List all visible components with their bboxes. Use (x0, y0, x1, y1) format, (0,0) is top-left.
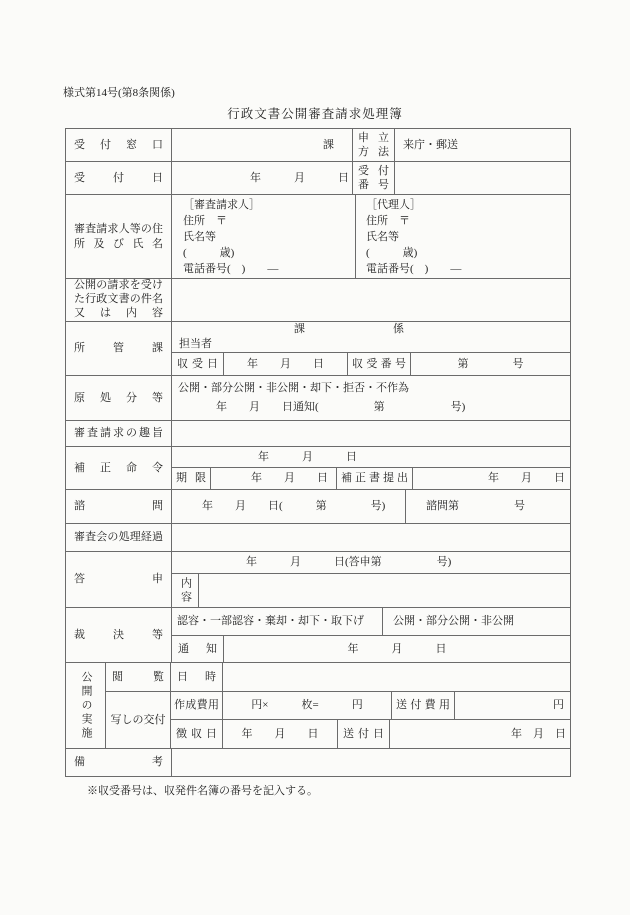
copy-issue-label: 写しの交付 (106, 713, 170, 727)
reception-date-placeholder: 年 月 日 (172, 171, 352, 185)
row-request-purport: 審査請求の趣旨 (66, 421, 570, 447)
collection-date-value-cell: 年 月 日 (223, 720, 338, 748)
deadline-date: 年 月 日 (211, 471, 336, 485)
cost-label: 作成費用 (174, 698, 219, 712)
report-date: 年 月 日(答申第 号) (172, 555, 570, 569)
deadline-date-cell: 年 月 日 (211, 468, 337, 489)
remarks-value-cell (172, 749, 570, 776)
notice-label: 通知 (178, 642, 217, 656)
inspection-label: 閲覧 (112, 670, 164, 684)
report-content-label-cell: 内容 (172, 574, 199, 607)
applicant-name: 氏名等 (183, 229, 355, 245)
staff-label: 担当者 (172, 337, 570, 352)
row-document-subject: 公開の請求を受け た行政文書の件名 又は内容 (66, 279, 570, 322)
row-remarks: 備考 (66, 749, 570, 776)
row-reception-date: 受付日 年 月 日 受付 番号 (66, 162, 570, 195)
send-date: 年 月 日 (390, 727, 570, 741)
deadline-label-cell: 期限 (172, 468, 211, 489)
processing-register-table: 受付窓口 課 申立 方法 来庁・郵送 受付日 年 月 日 受付 (65, 128, 571, 777)
receipt-number-placeholder: 第 号 (411, 357, 570, 371)
row-disclosure-implementation: 公開の実施 閲覧 日時 写しの交付 (66, 663, 570, 749)
disclosure-implementation-label: 公開の実施 (80, 671, 91, 741)
original-disposition-value-cell: 公開・部分公開・非公開・却下・拒否・不作為 年 月 日通知( 第 号) (172, 376, 570, 420)
receipt-number-value-cell: 第 号 (411, 353, 570, 375)
reception-window-section-cell: 課 (172, 129, 353, 161)
applicant-phone: 電話番号( ) ― (183, 261, 355, 277)
document-subject-label-line1: 公開の請求を受け (74, 279, 163, 293)
reception-date-label: 受付日 (74, 171, 163, 185)
datetime-label-cell: 日時 (171, 663, 223, 691)
request-purport-label-cell: 審査請求の趣旨 (66, 421, 172, 446)
submission-date: 年 月 日 (413, 471, 570, 485)
deadline-label: 期限 (176, 471, 206, 485)
footnote: ※収受番号は、収発件名簿の番号を記入する。 (87, 782, 318, 798)
agent-phone: 電話番号( ) ― (366, 261, 570, 277)
managing-section-label-cell: 所管課 (66, 322, 172, 375)
datetime-value-cell (223, 663, 570, 691)
disclosure-implementation-label-cell: 公開の実施 (66, 663, 106, 748)
consultation-date: 年 月 日( 第 号) (172, 499, 405, 513)
receipt-date-label-cell: 収受日 (172, 353, 224, 375)
row-requester: 審査請求人等の住 所及び氏名 ［審査請求人］ 住所 〒 氏名等 ( 歳) 電話番… (66, 195, 570, 279)
managing-section-label: 所管課 (74, 341, 163, 355)
receipt-date-label: 収受日 (177, 357, 218, 371)
send-date-label-cell: 送付日 (338, 720, 390, 748)
inspection-label-cell: 閲覧 (106, 663, 171, 691)
section-suffix: 課 (172, 138, 352, 152)
correction-order-label-cell: 補正命令 (66, 447, 172, 489)
reception-date-label-cell: 受付日 (66, 162, 172, 194)
applicant-address: 住所 〒 (183, 213, 355, 229)
reception-number-label-line2: 番号 (358, 178, 389, 193)
report-label-cell: 答申 (66, 552, 172, 607)
report-label: 答申 (74, 572, 163, 586)
receipt-number-label: 収受番号 (352, 357, 406, 371)
cost-formula-cell: 円× 枚= 円 (223, 692, 392, 719)
send-date-value-cell: 年 月 日 (390, 720, 570, 748)
remarks-label-cell: 備考 (66, 749, 172, 776)
agent-heading: ［代理人］ (366, 197, 570, 213)
collection-date: 年 月 日 (223, 727, 337, 741)
managing-section-name-cell: 課 係 担当者 (172, 322, 570, 353)
agent-name: 氏名等 (366, 229, 570, 245)
agent-address: 住所 〒 (366, 213, 570, 229)
reception-window-label: 受付窓口 (74, 138, 163, 152)
section-name-line: 課 係 (172, 322, 570, 337)
row-decision: 裁決等 認容・一部認容・棄却・却下・取下げ 公開・部分公開・非公開 通知 (66, 608, 570, 663)
receipt-date-placeholder: 年 月 日 (224, 357, 347, 371)
document-page: 様式第14号(第8条関係) 行政文書公開審査請求処理簿 受付窓口 課 申立 方法… (0, 0, 630, 915)
row-original-disposition: 原処分等 公開・部分公開・非公開・却下・拒否・不作為 年 月 日通知( 第 号) (66, 376, 570, 421)
row-report: 答申 年 月 日(答申第 号) 内容 (66, 552, 570, 608)
postage-value-cell: 円 (455, 692, 570, 719)
postage-label: 送付費用 (396, 698, 450, 712)
reception-number-value-cell (395, 162, 570, 194)
agent-cell: ［代理人］ 住所 〒 氏名等 ( 歳) 電話番号( ) ― (356, 195, 570, 278)
original-disposition-label-cell: 原処分等 (66, 376, 172, 420)
document-subject-label-cell: 公開の請求を受け た行政文書の件名 又は内容 (66, 279, 172, 321)
report-content-value-cell (199, 574, 570, 607)
row-reception-window: 受付窓口 課 申立 方法 来庁・郵送 (66, 129, 570, 162)
disclosure-options-cell: 公開・部分公開・非公開 (383, 608, 570, 635)
applicant-heading: ［審査請求人］ (183, 197, 355, 213)
form-number: 様式第14号(第8条関係) (63, 84, 175, 100)
committee-progress-value-cell (172, 524, 570, 551)
request-purport-value-cell (172, 421, 570, 446)
decision-label: 裁決等 (74, 628, 163, 642)
document-subject-label-line2: た行政文書の件名 (74, 293, 163, 307)
document-subject-value-cell (172, 279, 570, 321)
original-disposition-label: 原処分等 (74, 391, 163, 405)
consultation-label: 諮問 (74, 499, 163, 513)
consultation-date-cell: 年 月 日( 第 号) (172, 490, 406, 523)
decision-options-cell: 認容・一部認容・棄却・却下・取下げ (172, 608, 383, 635)
row-managing-section: 所管課 課 係 担当者 収受日 年 月 日 収受番号 (66, 322, 570, 376)
correction-order-date: 年 月 日 (172, 450, 570, 464)
submission-label: 補正書提出 (341, 471, 408, 485)
copy-issue-label-cell: 写しの交付 (106, 692, 171, 748)
notice-label-cell: 通知 (172, 636, 224, 662)
consultation-number-cell: 諮問第 号 (406, 490, 570, 523)
reception-date-value-cell: 年 月 日 (172, 162, 353, 194)
application-method-label-line1: 申立 (358, 131, 389, 146)
reception-window-label-cell: 受付窓口 (66, 129, 172, 161)
reception-number-label-line1: 受付 (358, 164, 389, 179)
committee-progress-label-cell: 審査会の処理経過 (66, 524, 172, 551)
postage-unit: 円 (455, 698, 570, 712)
requester-label-line2: 所及び氏名 (74, 237, 163, 252)
remarks-label: 備考 (74, 755, 163, 769)
correction-order-date-cell: 年 月 日 (172, 447, 570, 468)
page-title: 行政文書公開審査請求処理簿 (0, 104, 630, 122)
cost-label-cell: 作成費用 (171, 692, 223, 719)
decision-label-cell: 裁決等 (66, 608, 172, 662)
row-correction-order: 補正命令 年 月 日 期限 年 月 日 補正書提出 (66, 447, 570, 490)
application-method-value: 来庁・郵送 (395, 138, 570, 152)
applicant-cell: ［審査請求人］ 住所 〒 氏名等 ( 歳) 電話番号( ) ― (172, 195, 356, 278)
cost-formula: 円× 枚= 円 (223, 698, 391, 712)
requester-label-cell: 審査請求人等の住 所及び氏名 (66, 195, 172, 278)
decision-options: 認容・一部認容・棄却・却下・取下げ (172, 614, 382, 628)
notice-date: 年 月 日 (224, 642, 570, 656)
consultation-label-cell: 諮問 (66, 490, 172, 523)
document-subject-label-line3: 又は内容 (74, 307, 163, 321)
disclosure-options: 公開・部分公開・非公開 (383, 614, 570, 628)
receipt-date-value-cell: 年 月 日 (224, 353, 348, 375)
postage-label-cell: 送付費用 (392, 692, 455, 719)
reception-number-label-cell: 受付 番号 (353, 162, 395, 194)
disposition-notice-date: 年 月 日通知( 第 号) (172, 398, 570, 417)
consultation-number: 諮問第 号 (406, 499, 570, 513)
submission-date-cell: 年 月 日 (413, 468, 570, 489)
report-content-label: 内容 (180, 577, 191, 605)
application-method-value-cell: 来庁・郵送 (395, 129, 570, 161)
application-method-label-line2: 方法 (358, 145, 389, 160)
committee-progress-label: 審査会の処理経過 (74, 530, 163, 544)
report-date-cell: 年 月 日(答申第 号) (172, 552, 570, 574)
application-method-label-cell: 申立 方法 (353, 129, 395, 161)
datetime-label: 日時 (177, 670, 216, 684)
row-consultation: 諮問 年 月 日( 第 号) 諮問第 号 (66, 490, 570, 524)
requester-label-line1: 審査請求人等の住 (74, 222, 163, 237)
submission-label-cell: 補正書提出 (337, 468, 413, 489)
send-date-label: 送付日 (343, 727, 384, 741)
correction-order-label: 補正命令 (74, 461, 163, 475)
applicant-age: ( 歳) (183, 245, 355, 261)
request-purport-label: 審査請求の趣旨 (74, 426, 163, 440)
notice-date-cell: 年 月 日 (224, 636, 570, 662)
receipt-number-label-cell: 収受番号 (348, 353, 411, 375)
row-committee-progress: 審査会の処理経過 (66, 524, 570, 552)
agent-age: ( 歳) (366, 245, 570, 261)
collection-date-label-cell: 徴収日 (171, 720, 223, 748)
disposition-options: 公開・部分公開・非公開・却下・拒否・不作為 (172, 379, 570, 398)
collection-date-label: 徴収日 (176, 727, 217, 741)
